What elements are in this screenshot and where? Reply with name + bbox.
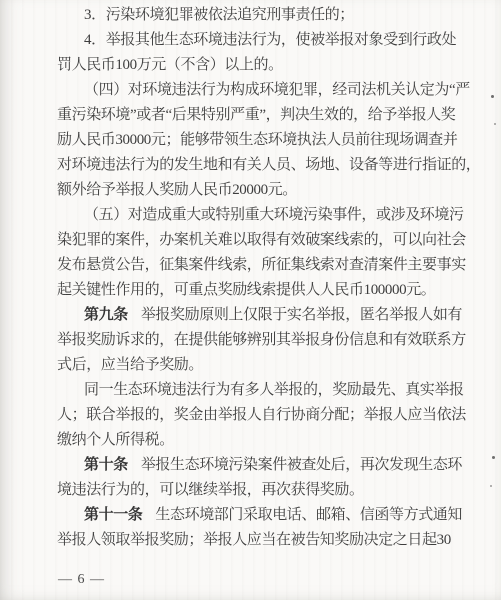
text-line: 罚人民币100万元（不含）以上的。 bbox=[57, 53, 467, 78]
scan-artifact-dot bbox=[492, 456, 495, 459]
text-line: 4．举报其他生态环境违法行为，使被举报对象受到行政处 bbox=[57, 28, 467, 53]
line-text: 起关键性作用的，可重点奖励线索提供人人民币100000元。 bbox=[57, 282, 435, 298]
text-line: 励人民币30000元；能够带领生态环境执法人员前往现场调查并 bbox=[57, 128, 467, 153]
line-text: 重污染环境”或者“后果特别严重”，判决生效的，给予举报人奖 bbox=[57, 107, 455, 123]
scan-artifact-dot bbox=[490, 485, 492, 487]
page-number: — 6 — bbox=[58, 572, 105, 588]
line-text: 罚人民币100万元（不含）以上的。 bbox=[57, 57, 283, 73]
scanned-document-page: 3．污染环境犯罪被依法追究刑事责任的； 4．举报其他生态环境违法行为，使被举报对… bbox=[0, 0, 501, 600]
text-line: 举报奖励诉求的，在提供能够辨别其举报身份信息和有效联系方 bbox=[57, 328, 467, 353]
line-text: 染犯罪的案件，办案机关难以取得有效破案线索的，可以向社会 bbox=[57, 232, 466, 248]
line-text: 同一生态环境违法行为有多人举报的，奖励最先、真实举报 bbox=[84, 382, 464, 398]
text-line: 重污染环境”或者“后果特别严重”，判决生效的，给予举报人奖 bbox=[57, 103, 467, 128]
document-body: 3．污染环境犯罪被依法追究刑事责任的； 4．举报其他生态环境违法行为，使被举报对… bbox=[57, 3, 467, 553]
line-text: 举报人领取举报奖励；举报人应当在被告知奖励决定之日起30 bbox=[57, 532, 451, 548]
line-text: 对环境违法行为的发生地和有关人员、场地、设备等进行指证的， bbox=[57, 157, 480, 173]
line-text: 额外给予举报人奖励人民币20000元。 bbox=[57, 182, 297, 198]
text-line: 人；联合举报的，奖金由举报人自行协商分配；举报人应当依法 bbox=[57, 403, 467, 428]
text-line: 境违法行为的，可以继续举报，再次获得奖励。 bbox=[57, 478, 467, 503]
line-text: 举报生态环境污染案件被查处后，再次发现生态环 bbox=[141, 457, 462, 473]
text-line: 3．污染环境犯罪被依法追究刑事责任的； bbox=[57, 3, 467, 28]
line-text: 举报奖励诉求的，在提供能够辨别其举报身份信息和有效联系方 bbox=[57, 332, 466, 348]
text-line: 第十一条生态环境部门采取电话、邮箱、信函等方式通知 bbox=[57, 503, 467, 528]
text-line: （四）对环境违法行为构成环境犯罪，经司法机关认定为“严 bbox=[57, 78, 467, 103]
text-line: （五）对造成重大或特别重大环境污染事件，或涉及环境污 bbox=[57, 203, 467, 228]
line-text: （四）对环境违法行为构成环境犯罪，经司法机关认定为“严 bbox=[84, 82, 470, 98]
line-text: 式后，应当给予奖励。 bbox=[57, 357, 203, 373]
text-line: 式后，应当给予奖励。 bbox=[57, 353, 467, 378]
line-text: （五）对造成重大或特别重大环境污染事件，或涉及环境污 bbox=[84, 207, 464, 223]
text-line: 第十条举报生态环境污染案件被查处后，再次发现生态环 bbox=[57, 453, 467, 478]
text-line: 发布悬赏公告，征集案件线索，所征集线索对查清案件主要事实 bbox=[57, 253, 467, 278]
text-line: 举报人领取举报奖励；举报人应当在被告知奖励决定之日起30 bbox=[57, 528, 467, 553]
line-text: 境违法行为的，可以继续举报，再次获得奖励。 bbox=[57, 482, 364, 498]
scan-artifact-dot bbox=[494, 123, 496, 125]
text-line: 额外给予举报人奖励人民币20000元。 bbox=[57, 178, 467, 203]
line-text: 人；联合举报的，奖金由举报人自行协商分配；举报人应当依法 bbox=[57, 407, 466, 423]
line-text: 缴纳个人所得税。 bbox=[57, 432, 174, 448]
line-text: 3．污染环境犯罪被依法追究刑事责任的； bbox=[84, 7, 354, 23]
line-text: 生态环境部门采取电话、邮箱、信函等方式通知 bbox=[155, 507, 462, 523]
article-number: 第十条 bbox=[84, 457, 128, 473]
text-line: 第九条举报奖励原则上仅限于实名举报，匿名举报人如有 bbox=[57, 303, 467, 328]
article-number: 第九条 bbox=[84, 307, 128, 323]
article-number: 第十一条 bbox=[84, 507, 142, 523]
text-line: 缴纳个人所得税。 bbox=[57, 428, 467, 453]
text-line: 起关键性作用的，可重点奖励线索提供人人民币100000元。 bbox=[57, 278, 467, 303]
line-text: 发布悬赏公告，征集案件线索，所征集线索对查清案件主要事实 bbox=[57, 257, 466, 273]
text-line: 染犯罪的案件，办案机关难以取得有效破案线索的，可以向社会 bbox=[57, 228, 467, 253]
line-text: 举报奖励原则上仅限于实名举报，匿名举报人如有 bbox=[141, 307, 462, 323]
line-text: 4．举报其他生态环境违法行为，使被举报对象受到行政处 bbox=[84, 32, 456, 48]
scan-artifact-dot bbox=[491, 95, 494, 98]
text-line: 同一生态环境违法行为有多人举报的，奖励最先、真实举报 bbox=[57, 378, 467, 403]
text-line: 对环境违法行为的发生地和有关人员、场地、设备等进行指证的， bbox=[57, 153, 467, 178]
line-text: 励人民币30000元；能够带领生态环境执法人员前往现场调查并 bbox=[57, 132, 458, 148]
